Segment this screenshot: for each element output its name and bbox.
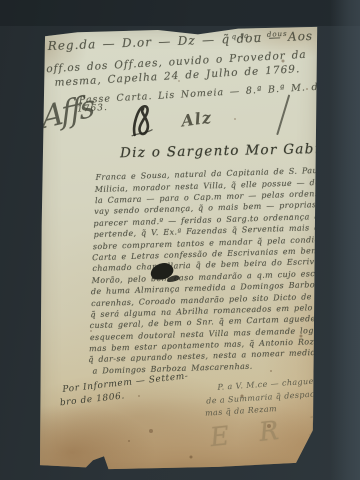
handwriting-layer: Reg.da — D.or — Dz — q̃ dou — Aosq.ta — …: [33, 23, 324, 473]
foxing-specks: [38, 26, 40, 28]
margin-note-date: Por Informem — Settem-bro de 1806.: [62, 370, 191, 410]
manuscript-page: Reg.da — D.or — Dz — q̃ dou — Aosq.ta — …: [38, 26, 320, 470]
pen-flourish-stroke: [276, 94, 290, 135]
petition-opening-line: Diz o Sargento Mor Gabriel de: [120, 140, 360, 161]
rubric-signature-flourish: [128, 102, 157, 139]
rubric-initials: Alz: [180, 108, 213, 131]
photograph-backdrop: Reg.da — D.or — Dz — q̃ dou — Aosq.ta — …: [0, 0, 360, 480]
official-paraph-flourish: Affs: [41, 88, 94, 137]
backdrop-shadow-top: [0, 0, 360, 26]
backdrop-edge-right: [330, 0, 360, 480]
